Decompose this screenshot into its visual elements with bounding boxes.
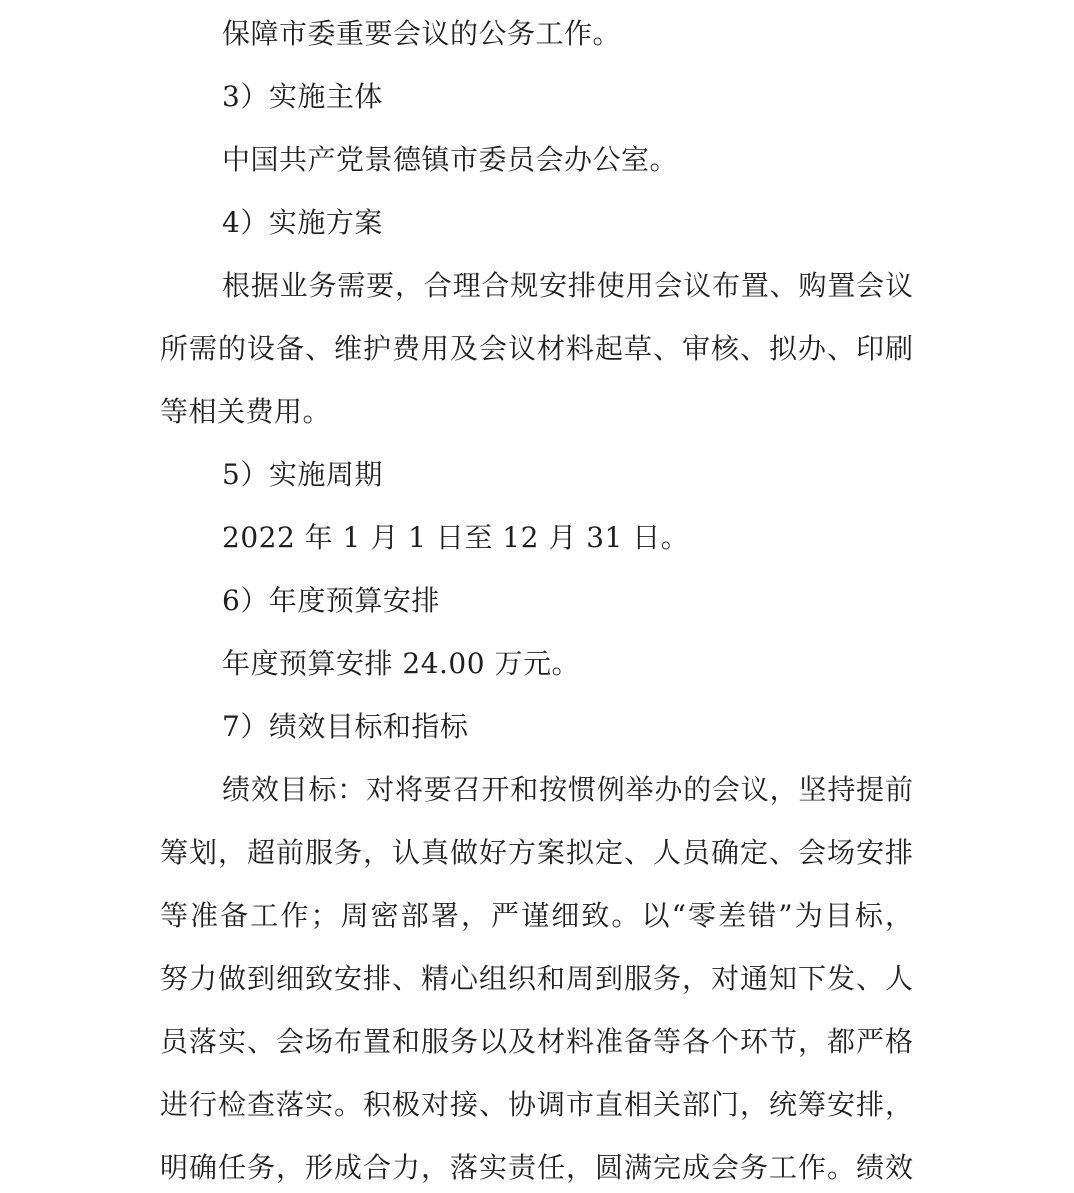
doc-line: 筹划，超前服务，认真做好方案拟定、人员确定、会场安排	[160, 821, 913, 884]
doc-line: 2022 年 1 月 1 日至 12 月 31 日。	[160, 506, 913, 569]
doc-line: 努力做到细致安排、精心组织和周到服务，对通知下发、人	[160, 947, 913, 1010]
doc-line: 所需的设备、维护费用及会议材料起草、审核、拟办、印刷	[160, 317, 913, 380]
doc-line-heading: 3）实施主体	[160, 65, 913, 128]
doc-line-heading: 4）实施方案	[160, 191, 913, 254]
doc-line: 等相关费用。	[160, 380, 913, 443]
doc-line-heading: 6）年度预算安排	[160, 569, 913, 632]
doc-line: 员落实、会场布置和服务以及材料准备等各个环节，都严格	[160, 1010, 913, 1073]
doc-line-heading: 5）实施周期	[160, 443, 913, 506]
document-body: 保障市委重要会议的公务工作。 3）实施主体 中国共产党景德镇市委员会办公室。 4…	[160, 2, 913, 1193]
doc-line: 明确任务，形成合力，落实责任，圆满完成会务工作。绩效	[160, 1136, 913, 1193]
doc-line: 等准备工作；周密部署，严谨细致。以“零差错”为目标，	[160, 884, 913, 947]
doc-line: 年度预算安排 24.00 万元。	[160, 632, 913, 695]
doc-line: 保障市委重要会议的公务工作。	[160, 2, 913, 65]
doc-line: 根据业务需要，合理合规安排使用会议布置、购置会议	[160, 254, 913, 317]
doc-line-heading: 7）绩效目标和指标	[160, 695, 913, 758]
document-page: 保障市委重要会议的公务工作。 3）实施主体 中国共产党景德镇市委员会办公室。 4…	[0, 0, 1074, 1193]
doc-line: 进行检查落实。积极对接、协调市直相关部门，统筹安排，	[160, 1073, 913, 1136]
doc-line: 中国共产党景德镇市委员会办公室。	[160, 128, 913, 191]
doc-line: 绩效目标：对将要召开和按惯例举办的会议，坚持提前	[160, 758, 913, 821]
